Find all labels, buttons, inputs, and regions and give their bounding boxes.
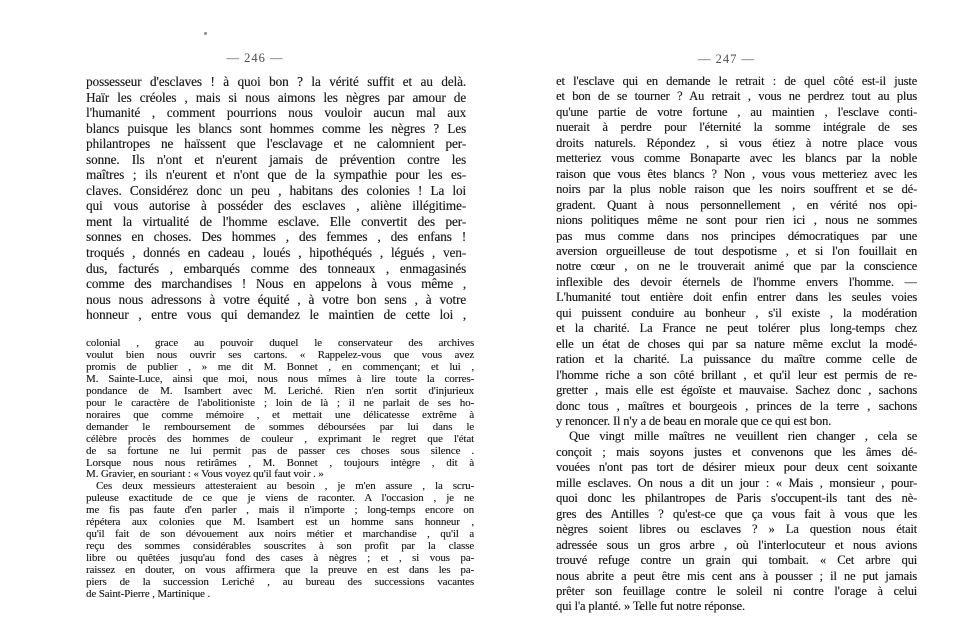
text-line: promis de publier , » me dit M. Bonnet ,… [86, 362, 474, 374]
text-line: nuerait à perdre pour l'éternité la somm… [556, 120, 917, 135]
text-line: prêter son feuillage contre le soleil ni… [556, 584, 917, 599]
text-line: gradent. Quant à nous personnellement , … [556, 198, 917, 213]
text-line: puleuse exactitude de ce que je viens de… [86, 493, 474, 505]
text-line: célèbre procès des hommes de couleur , e… [86, 434, 474, 446]
text-line: dus, facturés , embarqués comme des tonn… [86, 261, 466, 277]
text-line: nous abrite a peut être mis cent ans à p… [556, 569, 917, 584]
text-line: l'homme riche a son côté brillant , et q… [556, 368, 917, 383]
text-line: nous nous adressons à votre équité , à v… [86, 292, 466, 308]
book-scan: — 246 — possesseur d'esclaves ! à quoi b… [0, 0, 980, 641]
text-line: sonne. Ils n'ont et n'eurent jamais de p… [86, 152, 466, 168]
text-line: de sa fortune ne lui permit pas de passe… [86, 446, 474, 458]
text-line: qu'une partie de votre fortune , au main… [556, 105, 917, 120]
text-line: nègres soient libres ou esclaves ? » La … [556, 522, 917, 537]
text-line: adressée sous un gros arbre , où l'inter… [556, 538, 917, 553]
text-line: libre ou quêtées jusqu'au fond des cases… [86, 553, 474, 565]
text-line: droits naturels. Répondez , si vous étie… [556, 136, 917, 151]
text-line: ration et la charité. La puissance du ma… [556, 352, 917, 367]
page-number-left: — 246 — [65, 51, 445, 66]
text-line: troqués , donnés en cadeau , loués , hip… [86, 245, 466, 261]
text-line: notre cœur , on ne le trouverait animé q… [556, 259, 917, 274]
text-line: Lorsque nous nous retirâmes , M. Bonnet … [86, 458, 474, 470]
text-line: sonnes en choses. Des hommes , des femme… [86, 229, 466, 245]
text-line: mille esclaves. On nous a dit un jour : … [556, 476, 917, 491]
text-line: Ces deux messieurs attesteraient au beso… [86, 481, 474, 493]
text-line: me fis pas faute d'en parler , mais il n… [86, 505, 474, 517]
page-left-footnote: colonial , grace au pouvoir duquel le co… [86, 338, 474, 601]
text-line: nions politiques même ne sont pour rien … [556, 213, 917, 228]
text-line: gretter , mais elle est égoïste et mauva… [556, 383, 917, 398]
text-line: l'humanité , comment pourrions nous voul… [86, 105, 466, 121]
text-line: Haïr les créoles , mais si nous aimons l… [86, 90, 466, 106]
text-line: philantropes ne haïssent que l'esclavage… [86, 136, 466, 152]
page-number-right: — 247 — [546, 52, 907, 67]
text-line: metteriez vous comme Bonaparte avec les … [556, 151, 917, 166]
text-line: colonial , grace au pouvoir duquel le co… [86, 338, 474, 350]
text-line: et bon de se tourner ? Au retrait , vous… [556, 89, 917, 104]
text-line: pour le caractère de l'abolitioniste ; l… [86, 398, 474, 410]
text-line: quoi donc les philantropes de Paris s'oc… [556, 491, 917, 506]
text-line: conçoit ; mais soyons justes et convenon… [556, 445, 917, 460]
text-line: piers de la succession Leriché , au bure… [86, 577, 474, 589]
text-line: raissez en douter, on vous affirmera que… [86, 565, 474, 577]
page-right-body-text: et l'esclave qui en demande le retrait :… [556, 74, 917, 615]
text-line: M. Sainte-Luce, ainsi que moi, nous nous… [86, 374, 474, 386]
page-left-body-text: possesseur d'esclaves ! à quoi bon ? la … [86, 74, 466, 323]
text-line: noirs par la plus noble raison que les n… [556, 182, 917, 197]
text-line: aversion orgueilleuse de tout despotisme… [556, 244, 917, 259]
text-line: Que vingt mille maîtres ne veuillent rie… [556, 429, 917, 444]
text-line: y renoncer. Il n'y a de beau en morale q… [556, 414, 917, 429]
text-line: et l'esclave qui en demande le retrait :… [556, 74, 917, 89]
text-line: maîtres ; ils n'eurent et n'ont que de l… [86, 167, 466, 183]
text-line: L'humanité tout entière doit enfin entre… [556, 290, 917, 305]
text-line: pas mus comme dans nos principes démocra… [556, 229, 917, 244]
text-line: inflexible des devoir éternels de l'homm… [556, 275, 917, 290]
text-line: qui puissent conduire au bonheur , s'il … [556, 306, 917, 321]
text-line: claves. Considérez donc un peu , habitan… [86, 183, 466, 199]
text-line: reçu des sommes considérables souscrites… [86, 541, 474, 553]
text-line: M. Gravier, en souriant : « Vous voyez q… [86, 469, 474, 481]
text-line: gres des Antilles ? qu'est-ce que ça vou… [556, 507, 917, 522]
text-line: trouvé refuge contre un grain qui tombai… [556, 553, 917, 568]
text-line: répétera aux colonies que M. Isambert es… [86, 517, 474, 529]
text-line: et la charité. La France ne peut tolérer… [556, 321, 917, 336]
text-line: voulut bien nous ouvrir ses cartons. « R… [86, 350, 474, 362]
text-line: elle un état de choses qui par sa nature… [556, 337, 917, 352]
scan-artifact [204, 32, 207, 35]
text-line: donc tous , maîtres et bourgeois , princ… [556, 399, 917, 414]
text-line: honneur , entre vous qui demandez le mai… [86, 307, 466, 323]
text-line: blancs puisque les blancs sont hommes co… [86, 121, 466, 137]
text-line: pondance de M. Isambert avec M. Leriché.… [86, 386, 474, 398]
text-line: de Saint-Pierre , Martinique . [86, 589, 474, 601]
text-line: qui l'a planté. » Telle fut notre répons… [556, 599, 917, 614]
text-line: vouées n'ont pas tort de désirer mieux p… [556, 460, 917, 475]
text-line: noraires que comme mémoire , et mettait … [86, 410, 474, 422]
text-line: qui vous autorise à posséder des esclave… [86, 198, 466, 214]
text-line: raison que vous êtes blancs ? Non , vous… [556, 167, 917, 182]
text-line: demander le remboursement de sommes débo… [86, 422, 474, 434]
text-line: qu'il fait de son dévouement aux noirs m… [86, 529, 474, 541]
text-line: possesseur d'esclaves ! à quoi bon ? la … [86, 74, 466, 90]
text-line: comme des marchandises ! Nous en appelon… [86, 276, 466, 292]
text-line: ment la virtualité de l'homme esclave. E… [86, 214, 466, 230]
